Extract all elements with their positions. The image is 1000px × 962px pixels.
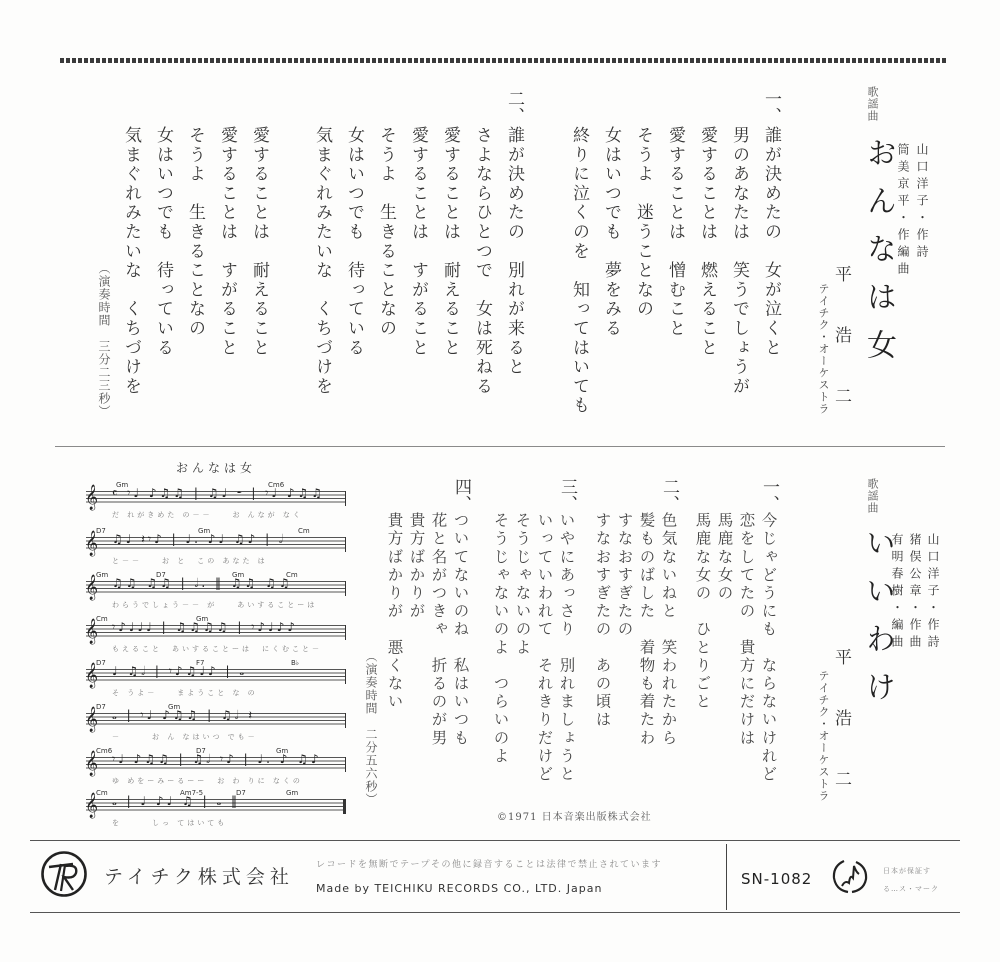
lyric-line: 馬鹿な女の ひとりごと	[694, 512, 710, 711]
treble-clef-icon: 𝄞	[85, 485, 98, 510]
company-name: テイチク株式会社	[104, 862, 294, 889]
notes: ♫♫ ♫♫ | 𝅗𝅥. ‖ ♫♫ ♫♫	[112, 576, 293, 591]
song-b-lyricist: 山口洋子・作詩	[927, 533, 939, 652]
song-a-lyricist: 山口洋子・作詩	[916, 143, 928, 262]
lyric-line: 愛することは 憎むこと	[666, 126, 683, 338]
footer-rule-bottom	[30, 912, 960, 913]
section-divider	[55, 446, 945, 447]
song-a-genre: 歌謡曲	[867, 86, 878, 122]
chord-label: D7	[236, 789, 246, 797]
notes: 𝅝 | ♩ ♪♩ ♫ | 𝅝 ‖	[112, 794, 240, 809]
lyric-line: そうよ 迷うことなの	[634, 126, 651, 319]
verse-number: 四、	[452, 478, 469, 512]
lyric-line: 誰が決めたの 女が泣くと	[762, 126, 779, 358]
song-b-arranger: 有明春樹・編曲	[891, 533, 903, 652]
score-lyrics: ゆ めをーみーるーー お わ りに なくの	[112, 776, 303, 786]
notes: 𝄴 𝄾♩ ♪♫♫ | ♫♩ 𝄼 | 𝄾♩ ♪♫♫	[112, 486, 325, 501]
lyric-line: 愛することは 耐えること	[250, 126, 267, 358]
notes: 𝅝 | 𝄾♩ ♪♫♫ | ♫𝅗𝅥 𝄽	[112, 708, 255, 723]
score-lyrics: もえること あいすることーは にくむこと－	[112, 644, 322, 654]
lyric-line: 誰が決めたの 別れが来ると	[505, 126, 522, 377]
lyric-line: さよならひとつで 女は死ねる	[473, 126, 490, 396]
chord-label: Gm	[168, 703, 180, 711]
lyric-line: すなおすぎたの あの頃は	[594, 512, 610, 729]
score-lyrics: だ れがきめた の－－ お んなが なく	[112, 510, 303, 520]
chord-label: D7	[96, 703, 106, 711]
staff: 𝄞 𝅝 | 𝄾♩ ♪♫♫ | ♫𝅗𝅥 𝄽	[86, 713, 346, 727]
bar-line	[345, 669, 346, 684]
lyric-line: 女はいつでも 待っている	[345, 126, 362, 358]
lyric-line: 終りに泣くのを 知ってはいても	[570, 126, 587, 416]
copy-prohibited-notice: レコードを無断でテープその他に録音することは法律で禁止されています	[316, 857, 662, 870]
lyric-line: 愛することは すがること	[218, 126, 235, 358]
bar-line	[345, 625, 346, 640]
chord-label: D7	[96, 659, 106, 667]
song-a-artist: 平浩二	[832, 265, 849, 448]
verse-number: 二、	[660, 478, 677, 512]
catalog-number: SN-1082	[741, 870, 812, 888]
chord-label: Cm	[96, 615, 108, 623]
lyric-line: 女はいつでも 待っている	[154, 126, 171, 358]
bar-line	[345, 757, 346, 772]
quality-mark-note: 日本が保証す る…ス・マーク	[883, 862, 939, 898]
chord-label: D7	[96, 527, 106, 535]
chord-label: Gm	[232, 571, 244, 579]
chord-label: Gm	[196, 615, 208, 623]
score-lyrics: そ うよ－ まようこと な の	[112, 688, 258, 698]
song-b-genre: 歌謡曲	[867, 478, 878, 514]
lyric-line: 愛することは 耐えること	[441, 126, 458, 358]
chord-label: Gm	[286, 789, 298, 797]
lyric-line: 女はいつでも 夢をみる	[602, 126, 619, 338]
lyric-line: 貴方ばかりが 悪くない	[386, 512, 402, 711]
bar-line	[345, 581, 346, 596]
song-a-composer: 筒美京平・作編曲	[897, 143, 909, 279]
made-by-text: Made by TEICHIKU RECORDS CO., LTD. Japan	[316, 882, 602, 895]
score-lyrics: と－－ お と この あなた は	[112, 556, 268, 566]
quality-mark-icon	[830, 856, 870, 896]
lyric-line: 髪ものばした 着物も着たわ	[638, 512, 654, 747]
lyric-line: 気まぐれみたいな くちづけを	[313, 126, 330, 396]
chord-label: D7	[156, 571, 166, 579]
staff: 𝄞 ♫♩ 𝄽𝄾♪ | ♩. ♪♩ ♫♪ | 𝅗𝅥	[86, 537, 346, 551]
lyric-line: 色気ないねと 笑われたから	[660, 512, 676, 747]
staff: 𝄞 𝄴 𝄾♩ ♪♫♫ | ♫♩ 𝄼 | 𝄾♩ ♪♫♫	[86, 491, 346, 505]
copyright-notice: ©1971 日本音楽出版株式会社	[497, 808, 652, 823]
bar-line	[345, 491, 346, 506]
chord-label: Cm	[298, 527, 310, 535]
lyric-line: 愛することは すがること	[409, 126, 426, 358]
lyric-line: 馬鹿な女の	[716, 512, 732, 603]
chord-label: F7	[196, 659, 204, 667]
lyric-line: そうじゃないのよ つらいのよ	[492, 512, 508, 765]
lyric-line: いっていわれて それきりだけど	[536, 512, 552, 784]
song-a-title: おんなは女	[863, 137, 893, 377]
lyric-line: そうよ 生きることなの	[186, 126, 203, 338]
lyric-line: そうよ 生きることなの	[377, 126, 394, 338]
final-bar-line	[343, 799, 346, 814]
lyric-line: 男のあなたは 笑うでしょうが	[730, 126, 747, 396]
quality-mark-note-line: 日本が保証す	[883, 862, 939, 880]
chord-label: Gm	[96, 571, 108, 579]
bar-line	[345, 713, 346, 728]
staff: 𝄞 𝄾♩ ♪♫♫ | ♫𝅗𝅥 𝄾♪ | ♩. ♪ ♫♪	[86, 757, 346, 771]
lyric-line: 貴方ばかりが	[408, 512, 424, 621]
chord-label: Gm	[116, 481, 128, 489]
notes: 𝄾♩ ♪♫♫ | ♫𝅗𝅥 𝄾♪ | ♩. ♪ ♫♪	[112, 752, 322, 767]
chord-label: Cm6	[96, 747, 112, 755]
song-a-orchestra: テイチク・オーケストラ	[818, 283, 829, 415]
lyric-line: 恋をしてたの 貴方にだけは	[738, 512, 754, 747]
lyric-line: 愛することは 燃えること	[698, 126, 715, 358]
song-a-duration: （演奏時間 三分二三秒）	[98, 262, 110, 418]
score-title: おんなは女	[82, 459, 350, 476]
lyric-line: 気まぐれみたいな くちづけを	[122, 126, 139, 396]
footer-separator	[726, 844, 727, 910]
score-lyrics: わらうでしょう－－ が あいすることーは	[112, 600, 317, 610]
staff: 𝄞 𝅝 | ♩ ♪♩ ♫ | 𝅝 ‖	[86, 799, 346, 813]
dashed-rule	[60, 58, 948, 63]
lyric-line: いやにあっさり 別れましょうと	[558, 512, 574, 784]
song-b-orchestra: テイチク・オーケストラ	[818, 670, 829, 802]
chord-label: Am7-5	[180, 789, 203, 797]
staff: 𝄞 𝄾♪♩♩♩ | ♫♫♫♫ | 𝄾♪♩♪♪	[86, 625, 346, 639]
chord-label: B♭	[291, 659, 299, 667]
lyric-line: 花と名がつきゃ 折るのが男	[430, 512, 446, 747]
song-b-artist: 平浩二	[832, 648, 849, 831]
score-lyrics: を しっ てはいても	[112, 818, 227, 828]
song-b-duration: （演奏時間 二分五六秒）	[365, 650, 377, 806]
lyric-line: ついてないのね 私はいつも	[452, 512, 468, 747]
quality-mark-note-line: る…ス・マーク	[883, 880, 939, 898]
notes: ♩ ♫𝅗𝅥 | 𝄾♪♫♩♪ | 𝅝	[112, 664, 247, 679]
staff: 𝄞 ♩ ♫𝅗𝅥 | 𝄾♪♫♩♪ | 𝅝	[86, 669, 346, 683]
chord-label: D7	[196, 747, 206, 755]
chord-label: Cm	[286, 571, 298, 579]
score-lyrics: － お ん なはいつ でも－	[112, 732, 258, 742]
song-b-title: いいわけ	[862, 527, 892, 719]
chord-label: Cm	[96, 789, 108, 797]
chord-label: Gm	[276, 747, 288, 755]
verse-number: 二、	[505, 90, 522, 124]
chord-label: Cm6	[268, 481, 284, 489]
lyric-line: そうじゃないのよ	[514, 512, 530, 657]
bar-line	[345, 537, 346, 552]
verse-number: 一、	[760, 478, 777, 512]
teichiku-logo-icon	[40, 850, 88, 898]
lyric-line: すなおすぎたの	[616, 512, 632, 639]
sheet-music: おんなは女 𝄞 𝄴 𝄾♩ ♪♫♫ | ♫♩ 𝄼 | 𝄾♩ ♪♫♫ Gm Cm6 …	[82, 455, 350, 830]
footer-rule-top	[30, 840, 960, 841]
chord-label: Gm	[198, 527, 210, 535]
lyric-line: 今じゃどうにも ならないけれど	[760, 512, 776, 784]
verse-number: 三、	[558, 478, 575, 512]
verse-number: 一、	[762, 90, 779, 124]
staff: 𝄞 ♫♫ ♫♫ | 𝅗𝅥. ‖ ♫♫ ♫♫	[86, 581, 346, 595]
song-b-composer: 猪俣公章・作曲	[909, 533, 921, 652]
